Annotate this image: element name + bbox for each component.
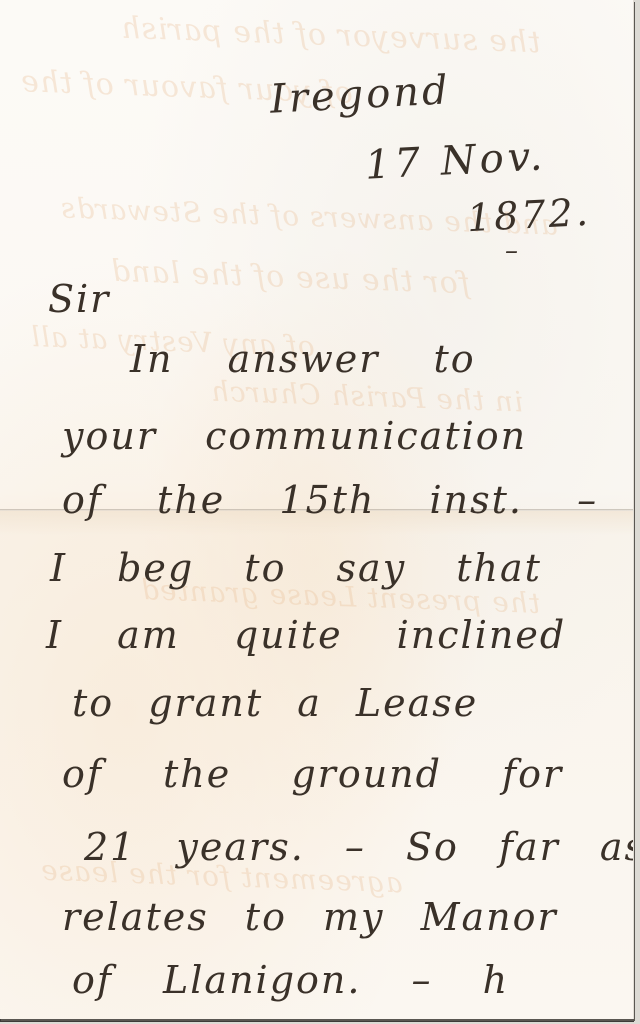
body-line: of Llanigon. – h: [72, 958, 509, 1002]
body-line: relates to my Manor: [62, 895, 558, 939]
scan-background: the surveyor of the parish of your favou…: [0, 0, 640, 1024]
bleed-line: the surveyor of the parish: [120, 11, 541, 61]
body-line: your communication: [62, 414, 527, 458]
letter-year: 1872.: [466, 190, 592, 240]
body-line: I beg to say that: [50, 546, 542, 590]
body-line: of the 15th inst. –: [62, 478, 598, 522]
body-line: of the ground for: [62, 752, 563, 796]
bleed-line: for the use of the land: [109, 254, 470, 302]
body-line: 21 years. – So far as: [84, 825, 634, 869]
date-dash: –: [505, 236, 520, 266]
body-line: In answer to: [130, 337, 476, 381]
salutation: Sir: [48, 277, 110, 321]
letter-page: the surveyor of the parish of your favou…: [0, 0, 634, 1019]
body-line: to grant a Lease: [72, 681, 478, 725]
bleed-line: in the Parish Church: [210, 375, 524, 419]
letter-place: Iregond: [269, 67, 452, 122]
letter-date: 17 Nov.: [364, 133, 547, 188]
body-line: I am quite inclined: [46, 613, 566, 657]
